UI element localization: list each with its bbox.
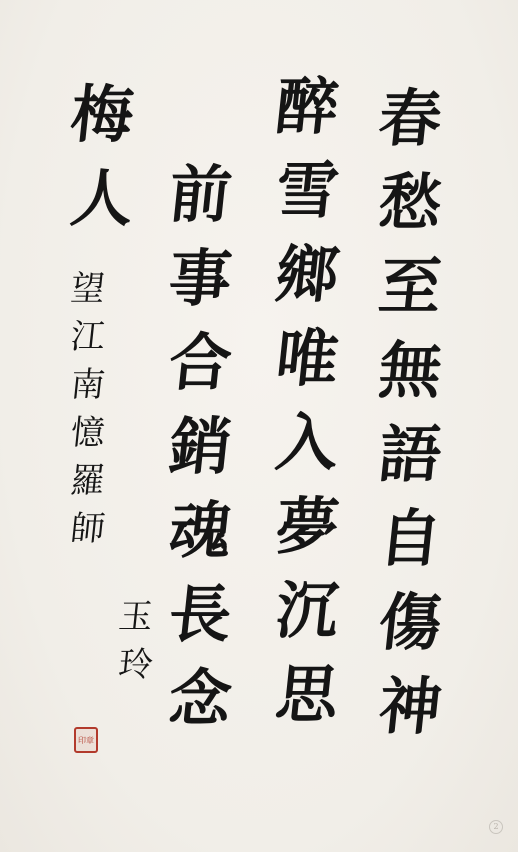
character: 玲 bbox=[115, 648, 154, 696]
character: 合 bbox=[164, 332, 235, 416]
calligraphy-column-4: 梅 人 bbox=[70, 84, 132, 252]
red-seal-stamp: 印章 bbox=[74, 727, 98, 753]
character: 無 bbox=[374, 340, 445, 424]
inscription-column: 望 江 南 憶 羅 師 bbox=[70, 272, 104, 560]
character: 前 bbox=[164, 164, 235, 248]
character: 銷 bbox=[164, 416, 235, 500]
character: 望 bbox=[67, 272, 106, 320]
character: 醉 bbox=[271, 76, 342, 160]
calligraphy-column-2: 醉 雪 鄉 唯 入 夢 沉 思 bbox=[275, 76, 337, 748]
character: 語 bbox=[374, 424, 445, 508]
character: 玉 bbox=[115, 600, 154, 648]
character: 念 bbox=[164, 668, 235, 752]
character: 長 bbox=[164, 584, 235, 668]
page-mark-icon: 2 bbox=[489, 820, 503, 834]
calligraphy-column-1: 春 愁 至 無 語 自 傷 神 bbox=[378, 88, 440, 760]
character: 人 bbox=[66, 168, 137, 252]
character: 南 bbox=[67, 368, 106, 416]
character: 思 bbox=[271, 664, 342, 748]
character: 入 bbox=[271, 412, 342, 496]
signature-column: 玉 玲 bbox=[118, 600, 152, 696]
page-mark-number: 2 bbox=[493, 822, 498, 831]
character: 江 bbox=[67, 320, 106, 368]
character: 自 bbox=[374, 508, 445, 592]
character: 至 bbox=[374, 256, 445, 340]
character: 師 bbox=[67, 512, 106, 560]
calligraphy-column-3: 前 事 合 銷 魂 長 念 bbox=[168, 164, 230, 752]
character: 神 bbox=[374, 676, 445, 760]
character: 唯 bbox=[271, 328, 342, 412]
character: 春 bbox=[374, 88, 445, 172]
character: 雪 bbox=[271, 160, 342, 244]
character: 沉 bbox=[271, 580, 342, 664]
character: 夢 bbox=[271, 496, 342, 580]
character: 傷 bbox=[374, 592, 445, 676]
character: 鄉 bbox=[271, 244, 342, 328]
character: 愁 bbox=[374, 172, 445, 256]
character: 梅 bbox=[66, 84, 137, 168]
character: 魂 bbox=[164, 500, 235, 584]
seal-text: 印章 bbox=[78, 735, 94, 746]
character: 憶 bbox=[67, 416, 106, 464]
character: 羅 bbox=[67, 464, 106, 512]
character: 事 bbox=[164, 248, 235, 332]
